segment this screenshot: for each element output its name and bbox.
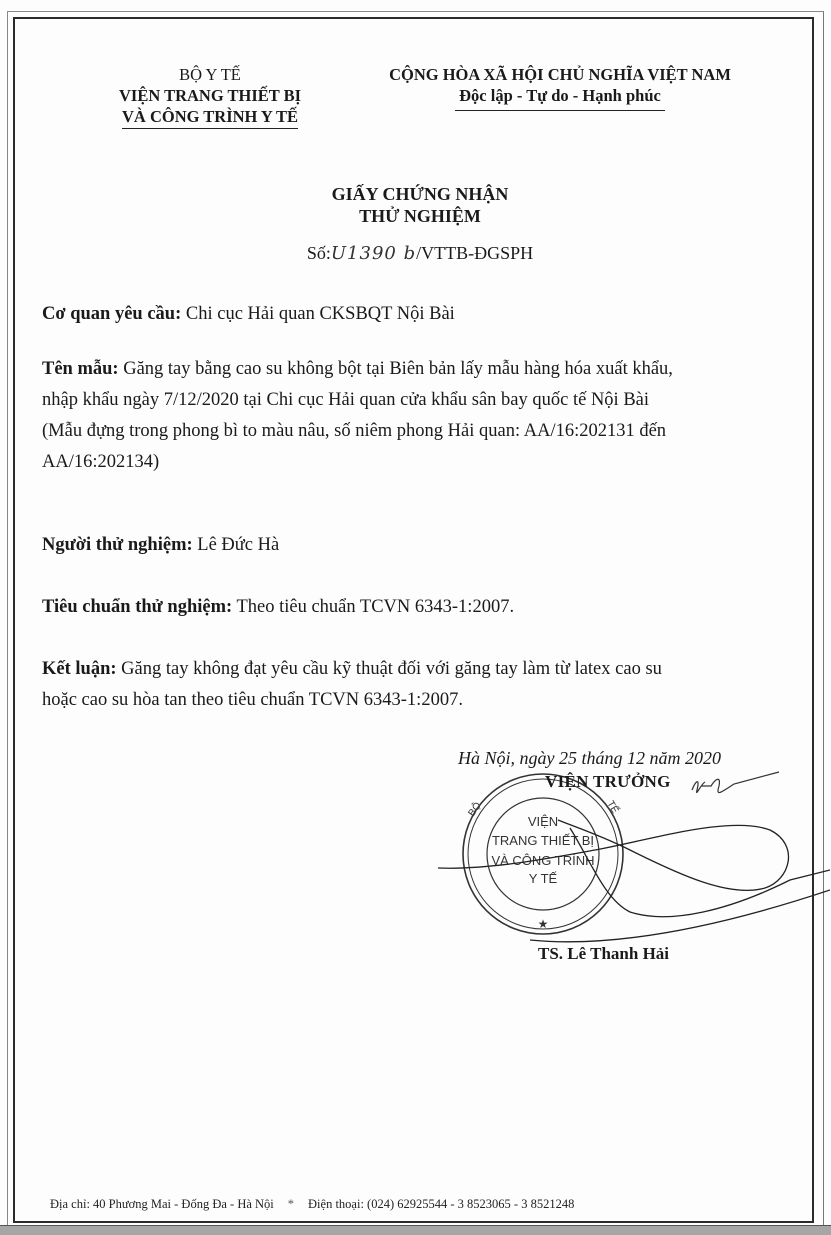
field-tester: Người thử nghiệm: Lê Đức Hà <box>42 530 817 561</box>
field-label: Tiêu chuẩn thử nghiệm: <box>42 597 232 617</box>
field-value-line: Găng tay bằng cao su không bột tại Biên … <box>119 359 673 379</box>
field-value: Theo tiêu chuẩn TCVN 6343-1:2007. <box>232 597 514 617</box>
field-sample-name: Tên mẫu: Găng tay bằng cao su không bột … <box>42 354 817 478</box>
title-line1: GIẤY CHỨNG NHẬN <box>230 183 610 205</box>
signer-position: VIỆN TRƯỞNG <box>545 772 671 792</box>
number-handwritten: U1390 b <box>331 243 416 264</box>
official-stamp: BỘ TẾ VIỆN TRANG THIẾT BỊ VÀ CÔNG TRÌNH … <box>430 770 830 970</box>
country-name: CỘNG HÒA XÃ HỘI CHỦ NGHĨA VIỆT NAM <box>350 64 770 85</box>
viewer-bottom-bar <box>0 1225 831 1235</box>
field-value-line: Găng tay không đạt yêu cầu kỹ thuật đối … <box>117 659 662 679</box>
document-number: Số:U1390 b/VTTB-ĐGSPH <box>230 243 610 264</box>
field-label: Tên mẫu: <box>42 359 119 379</box>
field-label: Người thử nghiệm: <box>42 535 193 555</box>
institute-name-line2: VÀ CÔNG TRÌNH Y TẾ <box>122 106 298 129</box>
footer-contact: Địa chỉ: 40 Phương Mai - Đống Đa - Hà Nộ… <box>50 1197 810 1212</box>
stamp-line4: Y TẾ <box>529 871 558 886</box>
signing-date: Hà Nội, ngày 25 tháng 12 năm 2020 <box>458 748 798 769</box>
stamp-ring-left: BỘ <box>465 799 484 818</box>
stamp-line2: TRANG THIẾT BỊ <box>492 833 594 848</box>
footer-separator: * <box>288 1197 294 1211</box>
field-requesting-agency: Cơ quan yêu cầu: Chi cục Hải quan CKSBQT… <box>42 299 817 330</box>
field-label: Cơ quan yêu cầu: <box>42 304 181 324</box>
field-label: Kết luận: <box>42 659 117 679</box>
footer-address: Địa chỉ: 40 Phương Mai - Đống Đa - Hà Nộ… <box>50 1197 274 1211</box>
field-value-line: (Mẫu đựng trong phong bì to màu nâu, số … <box>42 416 817 447</box>
number-label: Số: <box>307 243 331 263</box>
document-title: GIẤY CHỨNG NHẬN THỬ NGHIỆM <box>230 183 610 227</box>
stamp-ring-right: TẾ <box>604 798 622 816</box>
field-standard: Tiêu chuẩn thử nghiệm: Theo tiêu chuẩn T… <box>42 592 817 623</box>
field-value-line: AA/16:202134) <box>42 447 817 478</box>
stamp-line3: VÀ CÔNG TRÌNH <box>491 853 594 868</box>
footer-phone: Điện thoại: (024) 62925544 - 3 8523065 -… <box>308 1197 574 1211</box>
field-value-line: nhập khẩu ngày 7/12/2020 tại Chi cục Hải… <box>42 385 817 416</box>
field-value-line: hoặc cao su hòa tan theo tiêu chuẩn TCVN… <box>42 685 817 716</box>
national-motto: Độc lập - Tự do - Hạnh phúc <box>455 85 665 111</box>
national-header: CỘNG HÒA XÃ HỘI CHỦ NGHĨA VIỆT NAM Độc l… <box>350 64 770 111</box>
field-value: Chi cục Hải quan CKSBQT Nội Bài <box>181 304 455 324</box>
ministry-name: BỘ Y TẾ <box>85 64 335 85</box>
field-conclusion: Kết luận: Găng tay không đạt yêu cầu kỹ … <box>42 654 817 716</box>
issuer-header: BỘ Y TẾ VIỆN TRANG THIẾT BỊ VÀ CÔNG TRÌN… <box>85 64 335 129</box>
institute-name-line1: VIỆN TRANG THIẾT BỊ <box>85 85 335 106</box>
field-value: Lê Đức Hà <box>193 535 280 555</box>
number-suffix: /VTTB-ĐGSPH <box>416 243 533 263</box>
signer-name: TS. Lê Thanh Hải <box>538 944 669 964</box>
stamp-line1: VIỆN <box>528 814 558 829</box>
initials-scribble <box>692 772 779 793</box>
title-line2: THỬ NGHIỆM <box>230 205 610 227</box>
star-icon: ★ <box>538 917 549 931</box>
